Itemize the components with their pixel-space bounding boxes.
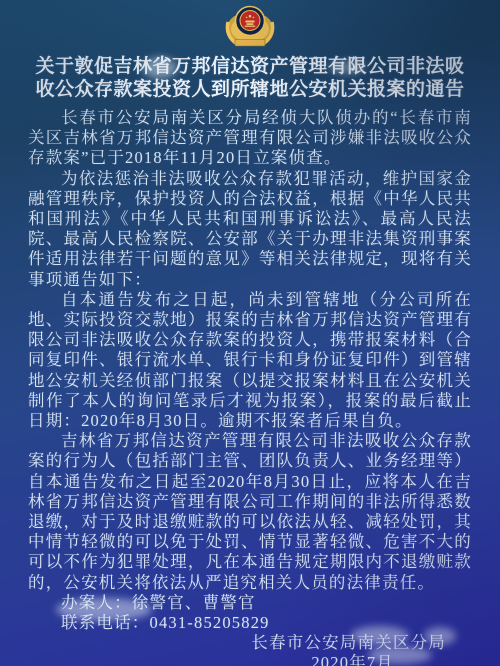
police-notice-photo: 关于敦促吉林省万邦信达资产管理有限公司非法吸收公众存款案投资人到所辖地公安机关报… [0,0,500,666]
china-police-badge-icon [0,0,500,50]
notice-title: 关于敦促吉林省万邦信达资产管理有限公司非法吸收公众存款案投资人到所辖地公安机关报… [30,56,470,101]
paragraph-perpetrator-instructions: 吉林省万邦信达资产管理有限公司非法吸收公众存款案的行为人（包括部门主管、团队负责… [28,431,472,593]
issue-date: 2020年7月 [28,653,394,666]
case-handlers-line: 办案人：徐警官、曹警官 [28,593,472,613]
paragraph-investor-instructions: 自本通告发布之日起，尚未到管辖地（分公司所在地、实际投资交款地）报案的吉林省万邦… [28,290,472,431]
contact-phone-line: 联系电话：0431-85205829 [28,613,472,633]
paragraph-legal-basis: 为依法惩治非法吸收公众存款犯罪活动，维护国家金融管理秩序，保护投资人的合法权益，… [28,169,472,290]
notice-body: 长春市公安局南关区分局经侦大队侦办的“长春市南关区吉林省万邦信达资产管理有限公司… [28,108,472,666]
paragraph-case-filed: 长春市公安局南关区分局经侦大队侦办的“长春市南关区吉林省万邦信达资产管理有限公司… [28,108,472,169]
issuer-name: 长春市公安局南关区分局 [28,633,446,653]
